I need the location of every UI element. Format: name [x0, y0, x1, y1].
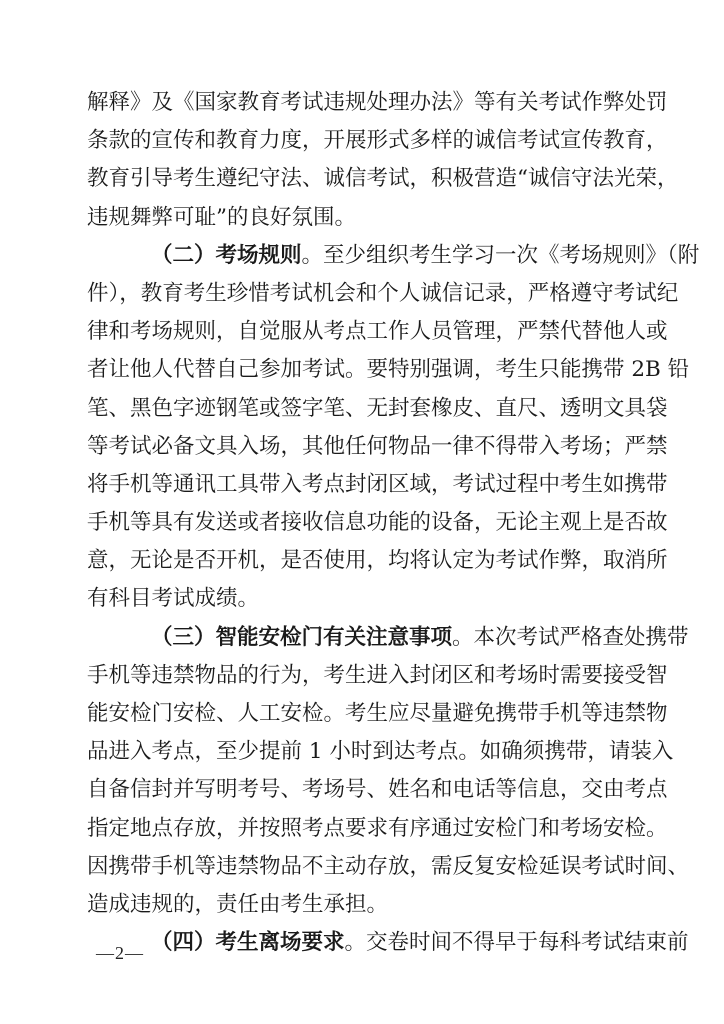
text-line: 条款的宣传和教育力度，开展形式多样的诚信考试宣传教育， [87, 122, 633, 160]
text-line: 律和考场规则，自觉服从考点工作人员管理，严禁代替他人或 [87, 313, 633, 351]
text-line: 手机等违禁物品的行为，考生进入封闭区和考场时需要接受智 [87, 657, 633, 695]
text-line: 自备信封并写明考号、考场号、姓名和电话等信息，交由考点 [87, 771, 633, 809]
text-line: 因携带手机等违禁物品不主动存放，需反复安检延误考试时间、 [87, 848, 633, 886]
text-line: 手机等具有发送或者接收信息功能的设备，无论主观上是否故 [87, 504, 633, 542]
section-heading: （三）智能安检门有关注意事项 [151, 625, 452, 650]
section-heading: （二）考场规则 [151, 243, 302, 268]
text-line: 将手机等通讯工具带入考点封闭区域，考试过程中考生如携带 [87, 466, 633, 504]
section-3-first-line: （三）智能安检门有关注意事项。本次考试严格查处携带 [87, 619, 633, 657]
text-line: 教育引导考生遵纪守法、诚信考试，积极营造“诚信守法光荣， [87, 160, 633, 198]
page-number: —2— [96, 943, 144, 964]
text-line: 笔、黑色字迹钢笔或签字笔、无封套橡皮、直尺、透明文具袋 [87, 390, 633, 428]
section-heading: （四）考生离场要求 [151, 930, 345, 955]
text-line: 品进入考点，至少提前 1 小时到达考点。如确须携带，请装入 [87, 733, 633, 771]
text-span: 。至少组织考生学习一次《考场规则》（附 [302, 243, 700, 268]
text-line: 等考试必备文具入场，其他任何物品一律不得带入考场；严禁 [87, 428, 633, 466]
text-span: 。本次考试严格查处携带 [452, 625, 689, 650]
section-2-first-line: （二）考场规则。至少组织考生学习一次《考场规则》（附 [87, 237, 633, 275]
section-4-first-line: （四）考生离场要求。交卷时间不得早于每科考试结束前 [87, 924, 633, 962]
document-body: 解释》及《国家教育考试违规处理办法》等有关考试作弊处罚 条款的宣传和教育力度，开… [87, 84, 633, 962]
text-line: 指定地点存放，并按照考点要求有序通过安检门和考场安检。 [87, 810, 633, 848]
text-line: 造成违规的，责任由考生承担。 [87, 886, 633, 924]
text-line: 解释》及《国家教育考试违规处理办法》等有关考试作弊处罚 [87, 84, 633, 122]
text-line: 能安检门安检、人工安检。考生应尽量避免携带手机等违禁物 [87, 695, 633, 733]
document-page: 解释》及《国家教育考试违规处理办法》等有关考试作弊处罚 条款的宣传和教育力度，开… [0, 0, 724, 1024]
text-line: 违规舞弊可耻”的良好氛围。 [87, 199, 633, 237]
text-line: 件），教育考生珍惜考试机会和个人诚信记录，严格遵守考试纪 [87, 275, 633, 313]
text-span: 。交卷时间不得早于每科考试结束前 [345, 930, 689, 955]
text-line: 有科目考试成绩。 [87, 580, 633, 618]
text-line: 者让他人代替自己参加考试。要特别强调，考生只能携带 2B 铅 [87, 351, 633, 389]
text-line: 意，无论是否开机，是否使用，均将认定为考试作弊，取消所 [87, 542, 633, 580]
